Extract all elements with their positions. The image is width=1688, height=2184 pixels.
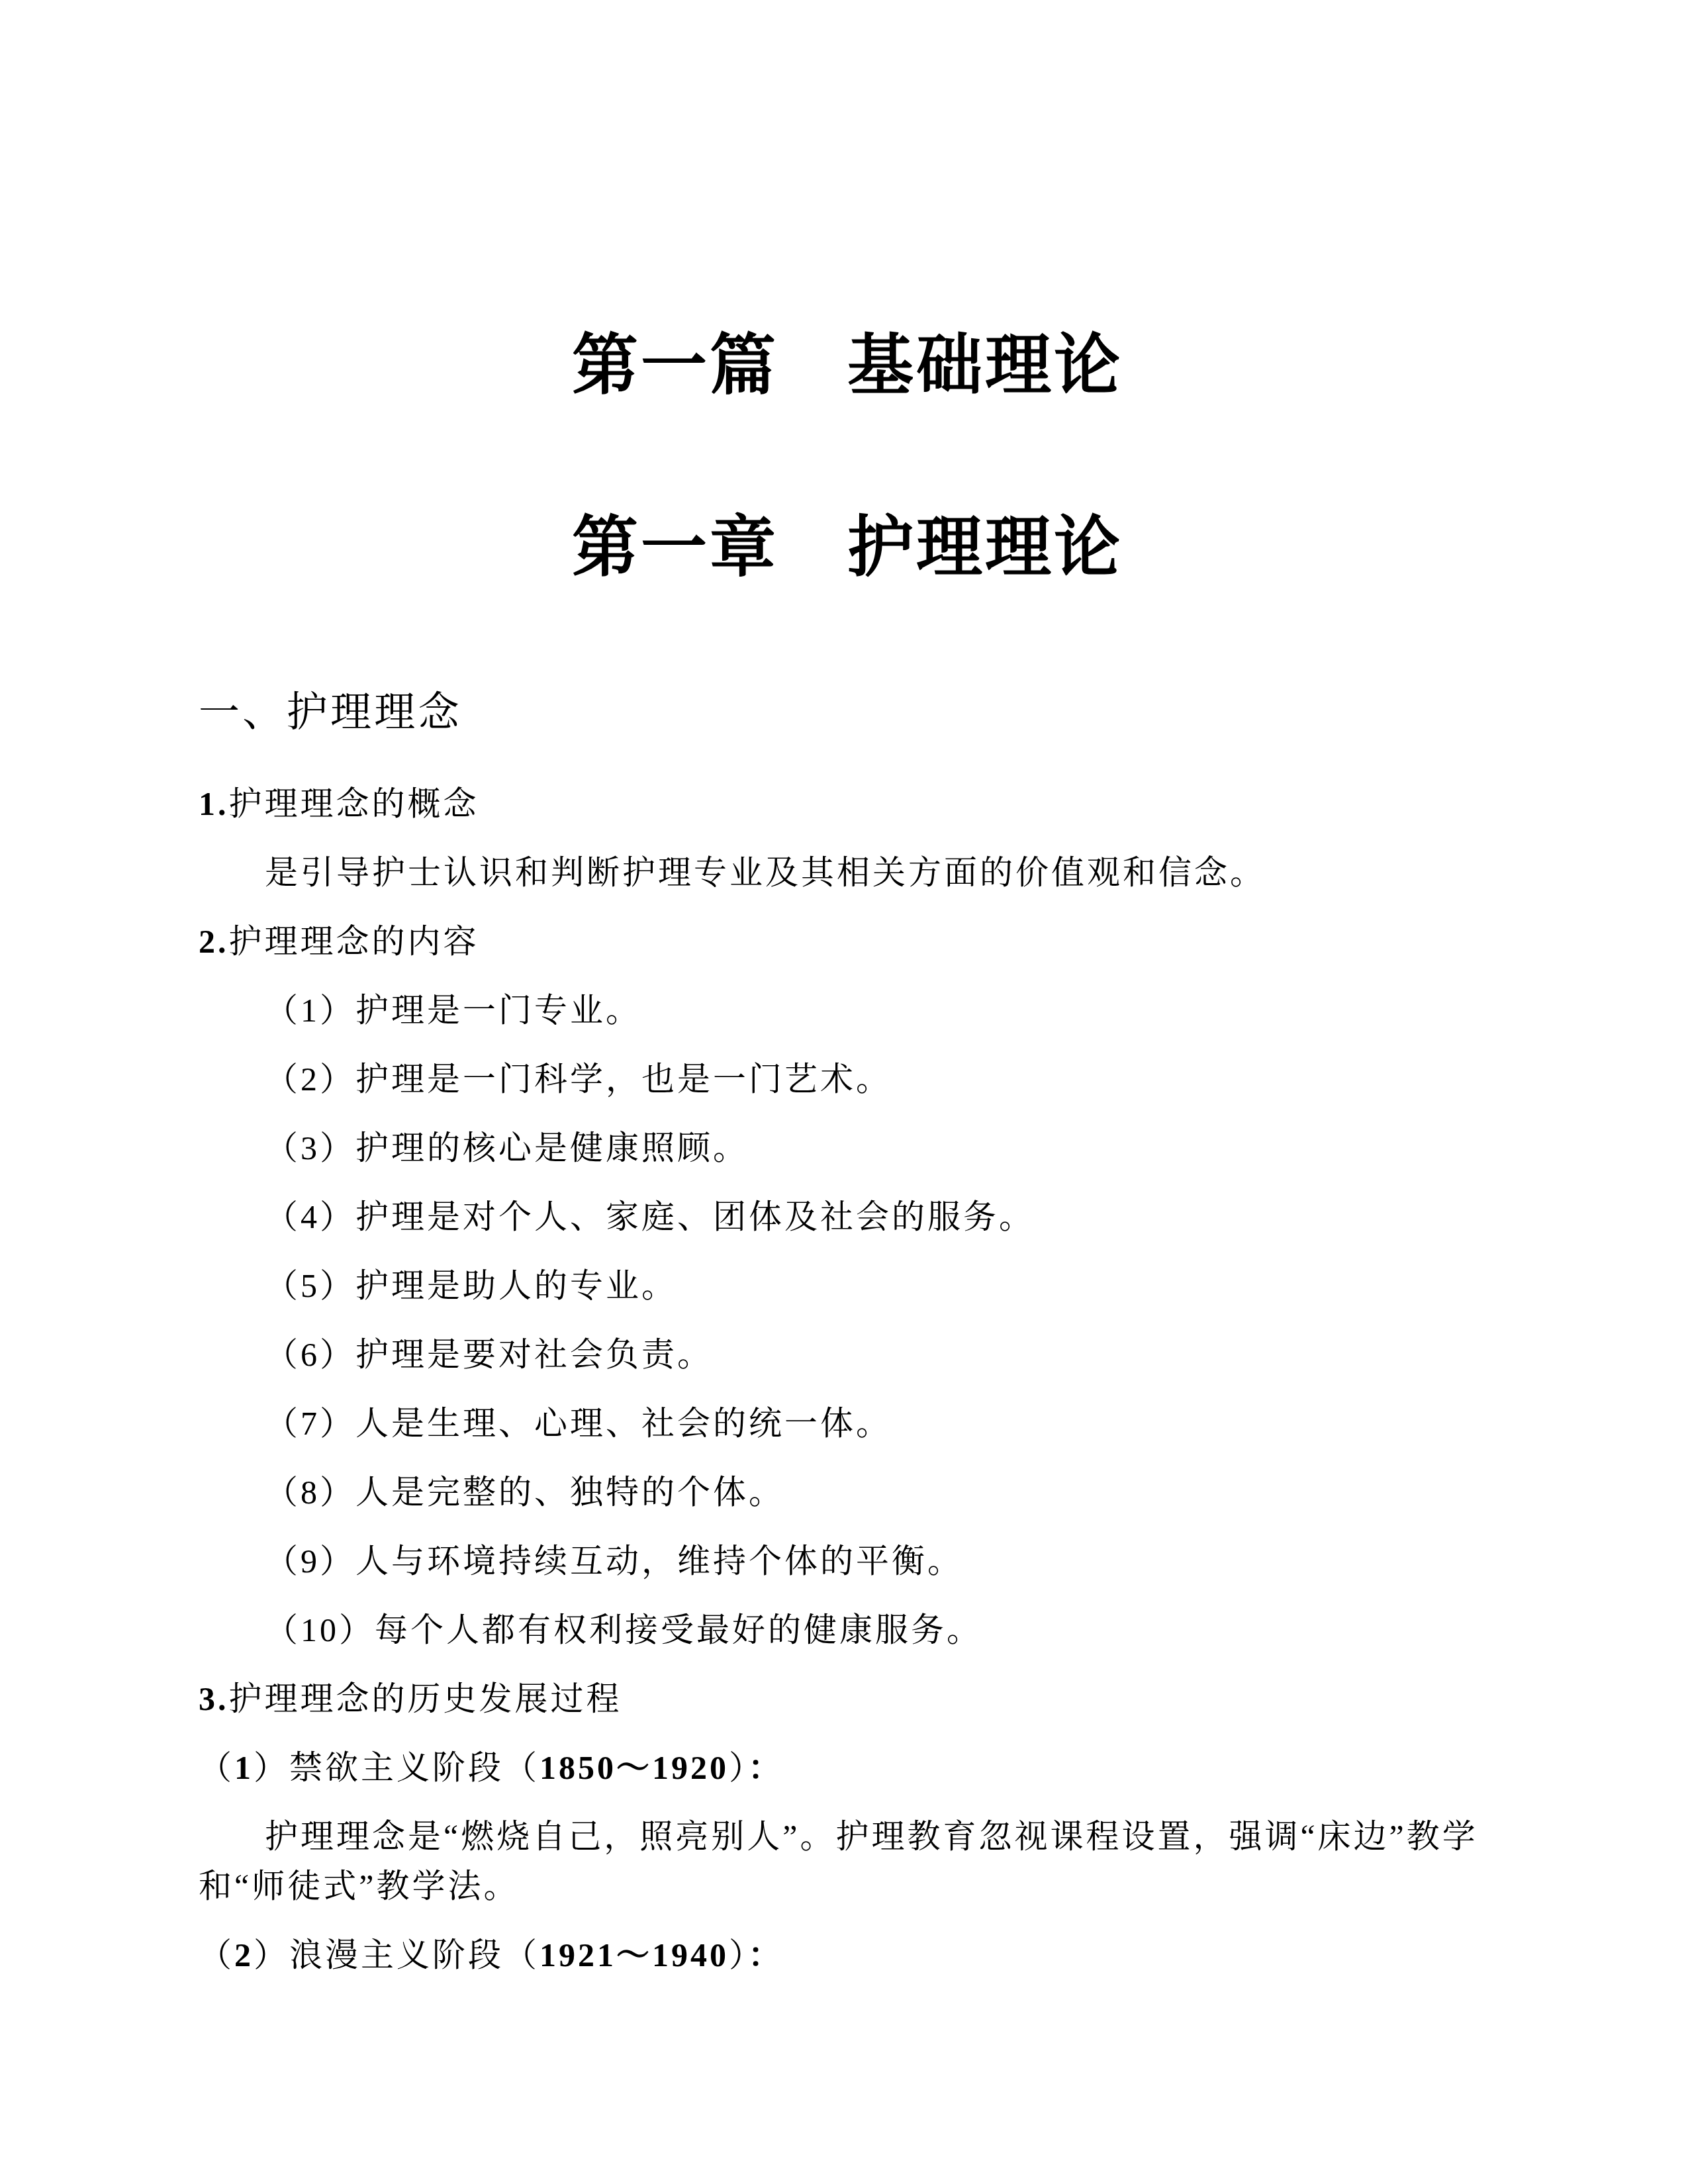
subsection-number: 2.	[199, 923, 229, 960]
subsection-title: 护理理念的内容	[229, 923, 479, 960]
stage-colon: ：	[748, 1749, 784, 1786]
list-item: （4）护理是对个人、家庭、团体及社会的服务。	[199, 1192, 1496, 1242]
definition-paragraph: 是引导护士认识和判断护理专业及其相关方面的价值观和信念。	[199, 848, 1496, 898]
list-item: （5）护理是助人的专业。	[199, 1261, 1496, 1311]
stage-close-paren: ）	[729, 1936, 748, 1973]
chapter-title: 第一章 护理理论	[199, 510, 1496, 586]
subsection-heading-2: 2.护理理念的内容	[199, 917, 1496, 967]
list-item: （8）人是完整的、独特的个体。	[199, 1468, 1496, 1517]
stage-number: 1	[234, 1749, 254, 1786]
stage-open-paren: （	[199, 1936, 234, 1973]
stage-years: 1921～1940	[539, 1936, 729, 1973]
list-item: （10）每个人都有权利接受最好的健康服务。	[199, 1605, 1496, 1655]
stage-years: 1850～1920	[539, 1749, 729, 1786]
list-item: （1）护理是一门专业。	[199, 986, 1496, 1035]
stage-label: ）禁欲主义阶段（	[254, 1749, 539, 1786]
list-item: （9）人与环境持续互动，维持个体的平衡。	[199, 1537, 1496, 1586]
list-item: （3）护理的核心是健康照顾。	[199, 1123, 1496, 1173]
subsection-title: 护理理念的概念	[229, 785, 479, 822]
list-item: （2）护理是一门科学，也是一门艺术。	[199, 1055, 1496, 1104]
subsection-heading-3: 3.护理理念的历史发展过程	[199, 1674, 1496, 1724]
list-item: （6）护理是要对社会负责。	[199, 1330, 1496, 1380]
page-content: 第一篇 基础理论 第一章 护理理论 一、护理理念 1.护理理念的概念 是引导护士…	[0, 0, 1688, 1980]
stage-paragraph: 护理理念是“燃烧自己，照亮别人”。护理教育忽视课程设置，强调“床边”教学和“师徒…	[199, 1812, 1496, 1911]
stage-label: ）浪漫主义阶段（	[254, 1936, 539, 1973]
subsection-title: 护理理念的历史发展过程	[229, 1680, 622, 1717]
list-item: （7）人是生理、心理、社会的统一体。	[199, 1399, 1496, 1448]
stage-number: 2	[234, 1936, 254, 1973]
stage-colon: ：	[748, 1936, 784, 1973]
section-heading: 一、护理理念	[199, 687, 1496, 739]
stage-close-paren: ）	[729, 1749, 748, 1786]
document-page: 第一篇 基础理论 第一章 护理理论 一、护理理念 1.护理理念的概念 是引导护士…	[0, 0, 1688, 2184]
part-title: 第一篇 基础理论	[199, 328, 1496, 404]
subsection-heading-1: 1.护理理念的概念	[199, 779, 1496, 829]
stage-heading-1: （1）禁欲主义阶段（1850～1920）：	[199, 1743, 1496, 1793]
subsection-number: 1.	[199, 785, 229, 822]
subsection-number: 3.	[199, 1680, 229, 1717]
stage-open-paren: （	[199, 1749, 234, 1786]
stage-heading-2: （2）浪漫主义阶段（1921～1940）：	[199, 1930, 1496, 1980]
